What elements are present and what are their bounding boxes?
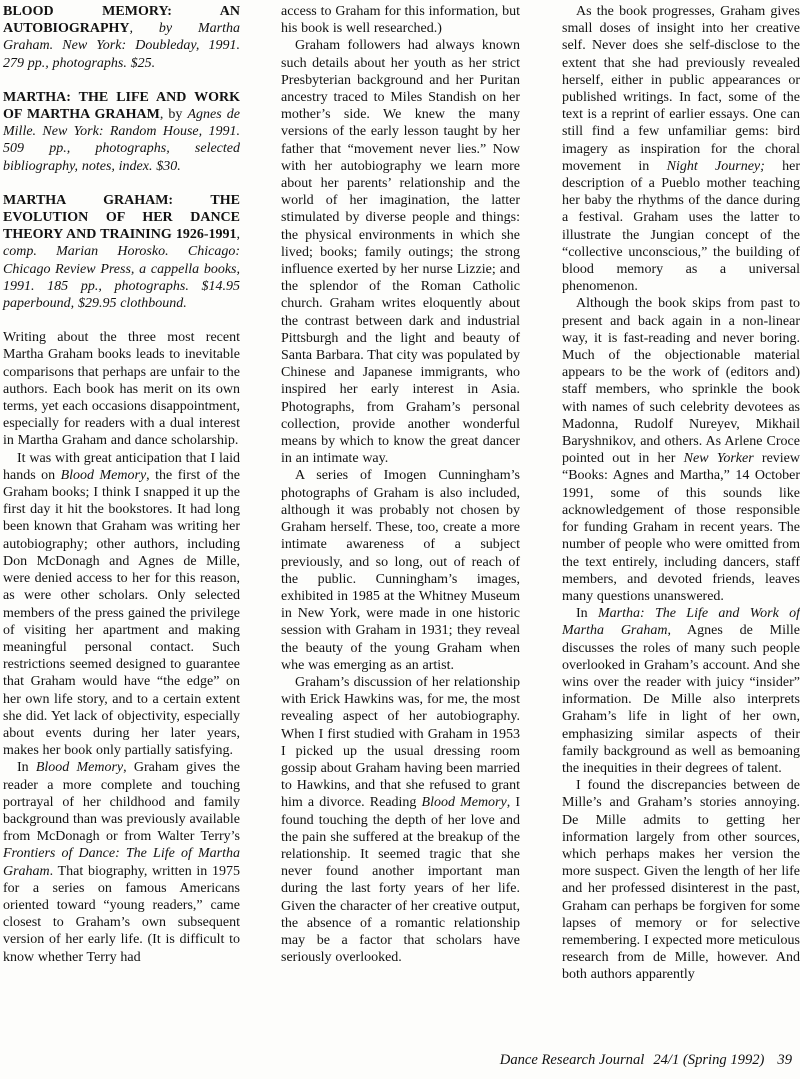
text-run: As the book progresses, Graham gives sma… bbox=[562, 4, 800, 174]
footer-page-number: 39 bbox=[777, 1052, 792, 1068]
footer-journal-title: Dance Research Journal bbox=[500, 1052, 645, 1068]
body-paragraph: access to Graham for this information, b… bbox=[281, 3, 520, 37]
book-citation: MARTHA: THE LIFE AND WORK OF MARTHA GRAH… bbox=[3, 89, 240, 175]
text-run: Night Journey; bbox=[667, 159, 765, 174]
body-paragraph: It was with great anticipation that I la… bbox=[3, 450, 240, 760]
column-2: access to Graham for this information, b… bbox=[281, 3, 520, 984]
text-run: , by bbox=[160, 107, 188, 122]
text-run: MARTHA GRAHAM: THE EVOLUTION OF HER DANC… bbox=[3, 193, 240, 242]
book-citation: BLOOD MEMORY: AN AUTOBIOGRAPHY, by Marth… bbox=[3, 3, 240, 72]
body-paragraph: I found the discrepancies between de Mil… bbox=[562, 777, 800, 983]
body-paragraph: Graham followers had always known such d… bbox=[281, 37, 520, 467]
text-run: New Yorker bbox=[684, 451, 754, 466]
text-run: review “Books: Agnes and Martha,” 14 Oct… bbox=[562, 451, 800, 604]
text-run: Blood Memory bbox=[36, 760, 123, 775]
text-run: In bbox=[17, 760, 36, 775]
body-paragraph: Although the book skips from past to pre… bbox=[562, 295, 800, 605]
journal-page: BLOOD MEMORY: AN AUTOBIOGRAPHY, by Marth… bbox=[0, 0, 800, 1079]
body-paragraph: Writing about the three most recent Mart… bbox=[3, 329, 240, 449]
column-3: As the book progresses, Graham gives sma… bbox=[562, 3, 800, 984]
text-run: Graham followers had always known such d… bbox=[281, 38, 520, 466]
text-run: her description of a Pueblo mother teach… bbox=[562, 159, 800, 294]
text-run: I found the discrepancies between de Mil… bbox=[562, 778, 800, 982]
body-paragraph: As the book progresses, Graham gives sma… bbox=[562, 3, 800, 295]
text-columns: BLOOD MEMORY: AN AUTOBIOGRAPHY, by Marth… bbox=[0, 0, 800, 984]
text-run: Writing about the three most recent Mart… bbox=[3, 330, 240, 448]
book-citation: MARTHA GRAHAM: THE EVOLUTION OF HER DANC… bbox=[3, 192, 240, 312]
text-run: , bbox=[237, 227, 241, 242]
text-run: A series of Imogen Cunningham’s photogra… bbox=[281, 468, 520, 672]
column-1: BLOOD MEMORY: AN AUTOBIOGRAPHY, by Marth… bbox=[3, 3, 240, 984]
text-run: , Agnes de Mille discusses the roles of … bbox=[562, 623, 800, 776]
text-run: Although the book skips from past to pre… bbox=[562, 296, 800, 466]
text-run: Blood Memory bbox=[422, 795, 507, 810]
text-run: In bbox=[576, 606, 598, 621]
body-paragraph: In Blood Memory, Graham gives the reader… bbox=[3, 759, 240, 965]
text-run: , I found touching the depth of her love… bbox=[281, 795, 520, 965]
footer-issue: 24/1 (Spring 1992) bbox=[653, 1052, 764, 1068]
text-run: comp. Marian Horosko. Chicago: Chicago R… bbox=[3, 244, 240, 311]
body-paragraph: Graham’s discussion of her relationship … bbox=[281, 674, 520, 966]
text-run: , the first of the Graham books; I think… bbox=[3, 468, 240, 758]
body-paragraph: A series of Imogen Cunningham’s photogra… bbox=[281, 467, 520, 673]
text-run: Blood Memory bbox=[61, 468, 147, 483]
text-run: access to Graham for this information, b… bbox=[281, 4, 520, 36]
journal-footer: Dance Research Journal24/1 (Spring 1992)… bbox=[500, 1052, 792, 1069]
body-paragraph: In Martha: The Life and Work of Martha G… bbox=[562, 605, 800, 777]
text-run: Graham’s discussion of her relationship … bbox=[281, 675, 520, 810]
